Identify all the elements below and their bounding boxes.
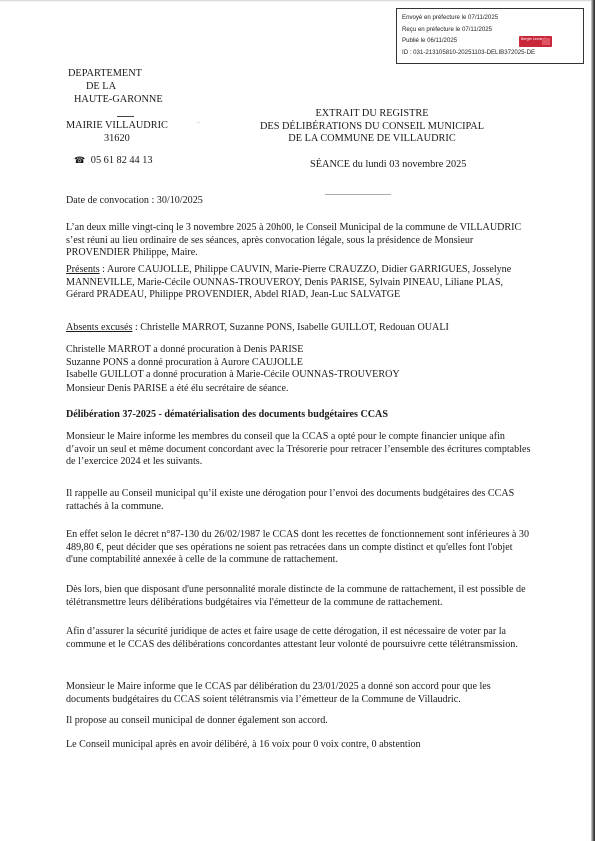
scan-speck: ·‐	[196, 122, 210, 125]
convocation-date: Date de convocation : 30/10/2025	[66, 195, 532, 208]
phone-line: ☎ 05 61 82 44 13	[74, 155, 153, 166]
stamp-sent: Envoyé en préfecture le 07/11/2025	[402, 12, 583, 24]
procuration-item: Isabelle GUILLOT a donné procuration à M…	[66, 369, 532, 382]
presents-paragraph: Présents : Aurore CAUJOLLE, Philippe CAU…	[66, 264, 532, 302]
paragraph: Afin d’assurer la sécurité juridique de …	[66, 626, 532, 651]
paragraph: En effet selon le décret n°87-130 du 26/…	[66, 529, 532, 567]
absents-label: Absents excusés	[66, 322, 132, 333]
department-header: DEPARTEMENT DE LA HAUTE-GARONNE	[66, 67, 163, 106]
mairie-name: MAIRIE VILLAUDRIC	[66, 120, 168, 131]
paragraph: Monsieur le Maire informe que le CCAS pa…	[66, 681, 532, 706]
register-title-3: DE LA COMMUNE DE VILLAUDRIC	[236, 133, 508, 146]
page-top-edge	[0, 0, 595, 2]
mairie-overline	[117, 116, 134, 117]
department-line-1: DEPARTEMENT	[68, 67, 163, 80]
stamp-id: ID : 031-213105810-20251103-DELIB372025-…	[402, 47, 583, 59]
telephone-icon: ☎	[74, 156, 85, 166]
presents-list: : Aurore CAUJOLLE, Philippe CAUVIN, Mari…	[66, 264, 511, 300]
page-right-edge	[591, 0, 595, 841]
seance-date: SÉANCE du lundi 03 novembre 2025	[310, 159, 466, 170]
register-header: EXTRAIT DU REGISTRE DES DÉLIBÉRATIONS DU…	[236, 108, 508, 146]
berger-levrault-logo: Berger Levrault	[519, 36, 552, 47]
postal-code: 31620	[104, 133, 130, 144]
intro-paragraph: L’an deux mille vingt-cinq le 3 novembre…	[66, 222, 532, 260]
department-line-2: DE LA	[86, 80, 163, 93]
absents-list: : Christelle MARROT, Suzanne PONS, Isabe…	[132, 322, 448, 333]
secretary-line: Monsieur Denis PARISE a été élu secrétai…	[66, 383, 532, 396]
register-title-1: EXTRAIT DU REGISTRE	[236, 108, 508, 121]
absents-paragraph: Absents excusés : Christelle MARROT, Suz…	[66, 322, 532, 335]
presents-label: Présents	[66, 264, 100, 275]
department-line-3: HAUTE-GARONNE	[74, 93, 163, 106]
stamp-received: Reçu en préfecture le 07/11/2025	[402, 24, 583, 36]
paragraph: Il rappelle au Conseil municipal qu’il e…	[66, 488, 532, 513]
register-title-2: DES DÉLIBÉRATIONS DU CONSEIL MUNICIPAL	[236, 121, 508, 134]
prefecture-stamp: Envoyé en préfecture le 07/11/2025 Reçu …	[396, 8, 584, 64]
paragraph: Il propose au conseil municipal de donne…	[66, 715, 532, 728]
paragraph: Dès lors, bien que disposant d'une perso…	[66, 584, 532, 609]
procurations: Christelle MARROT a donné procuration à …	[66, 344, 532, 382]
procuration-item: Christelle MARROT a donné procuration à …	[66, 344, 532, 357]
procuration-item: Suzanne PONS a donné procuration à Auror…	[66, 357, 532, 370]
vote-result: Le Conseil municipal après en avoir déli…	[66, 739, 532, 752]
stamp-published: Publié le 06/11/2025	[402, 35, 583, 47]
logo-mark-icon	[542, 38, 550, 45]
deliberation-title: Délibération 37-2025 - dématérialisation…	[66, 409, 532, 422]
phone-number: 05 61 82 44 13	[91, 155, 153, 166]
paragraph: Monsieur le Maire informe les membres du…	[66, 431, 532, 469]
